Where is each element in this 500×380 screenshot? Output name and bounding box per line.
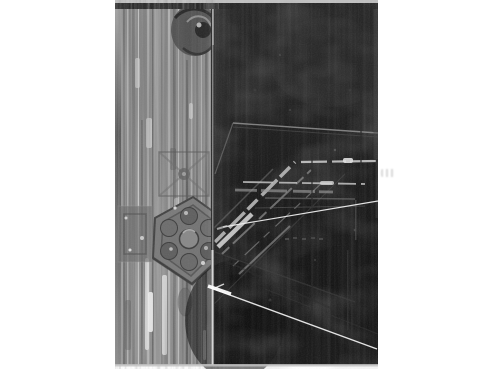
page-background <box>0 0 500 380</box>
photograph <box>115 0 378 369</box>
photo-image <box>115 0 378 369</box>
margin-pencil-smudge <box>381 169 395 177</box>
film-grain-overlay <box>115 3 378 368</box>
